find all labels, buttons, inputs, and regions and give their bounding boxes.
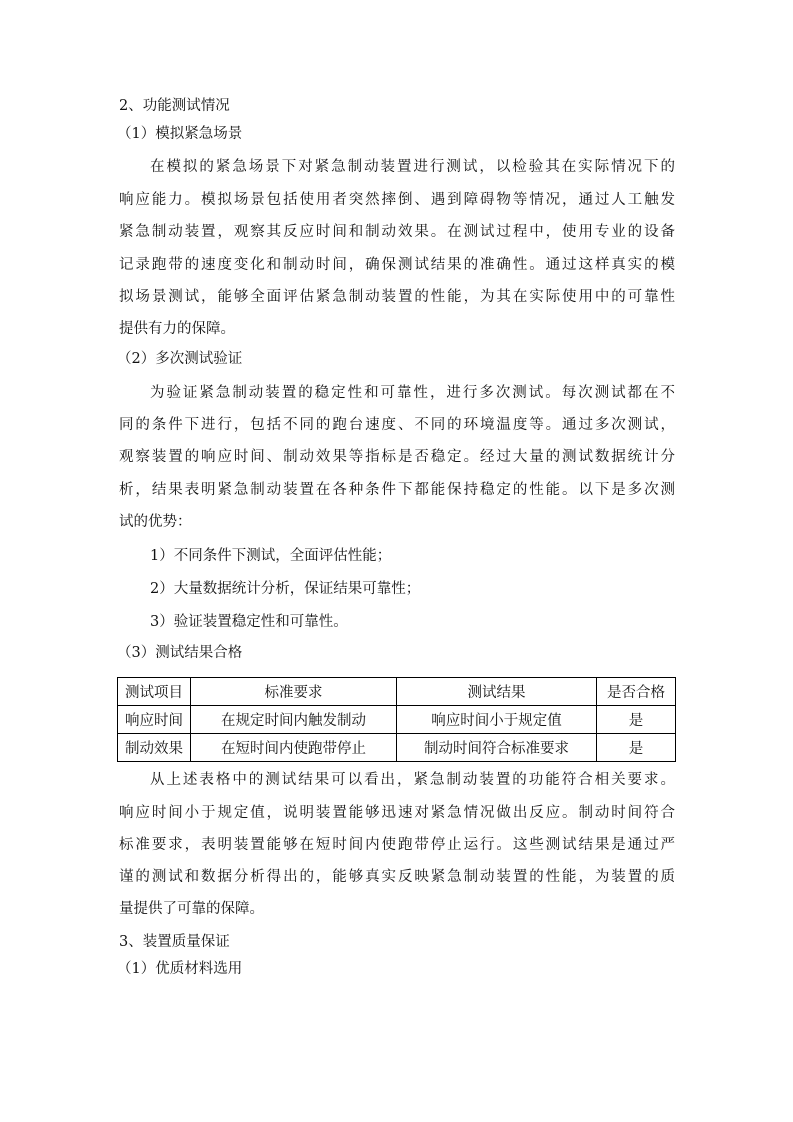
table-row: 响应时间 在规定时间内触发制动 响应时间小于规定值 是 — [118, 706, 676, 734]
table-cell: 在短时间内使跑带停止 — [191, 734, 397, 762]
section-2-heading: 2、功能测试情况 — [119, 96, 230, 116]
table-cell: 在规定时间内触发制动 — [191, 706, 397, 734]
list-item: 2）大量数据统计分析，保证结果可靠性； — [150, 579, 420, 599]
section-3-heading: 3、装置质量保证 — [119, 932, 230, 952]
table-cell: 响应时间 — [118, 706, 191, 734]
table-header-cell: 测试结果 — [397, 678, 597, 706]
list-item: 3）验证装置稳定性和可靠性。 — [150, 612, 348, 632]
table-cell: 是 — [597, 706, 676, 734]
table-cell: 制动时间符合标准要求 — [397, 734, 597, 762]
table-cell: 是 — [597, 734, 676, 762]
subsection-3-heading: （3）测试结果合格 — [117, 643, 242, 663]
subsection-2-heading: （2）多次测试验证 — [117, 349, 242, 369]
table-header-cell: 是否合格 — [597, 678, 676, 706]
table-cell: 制动效果 — [118, 734, 191, 762]
test-results-table: 测试项目 标准要求 测试结果 是否合格 响应时间 在规定时间内触发制动 响应时间… — [117, 677, 676, 762]
section-3-subsection-1-heading: （1）优质材料选用 — [117, 959, 242, 979]
table-cell: 响应时间小于规定值 — [397, 706, 597, 734]
list-item: 1）不同条件下测试，全面评估性能； — [150, 546, 391, 566]
table-row: 制动效果 在短时间内使跑带停止 制动时间符合标准要求 是 — [118, 734, 676, 762]
table-header-cell: 标准要求 — [191, 678, 397, 706]
subsection-1-heading: （1）模拟紧急场景 — [117, 124, 242, 144]
table-header-row: 测试项目 标准要求 测试结果 是否合格 — [118, 678, 676, 706]
table-header-cell: 测试项目 — [118, 678, 191, 706]
